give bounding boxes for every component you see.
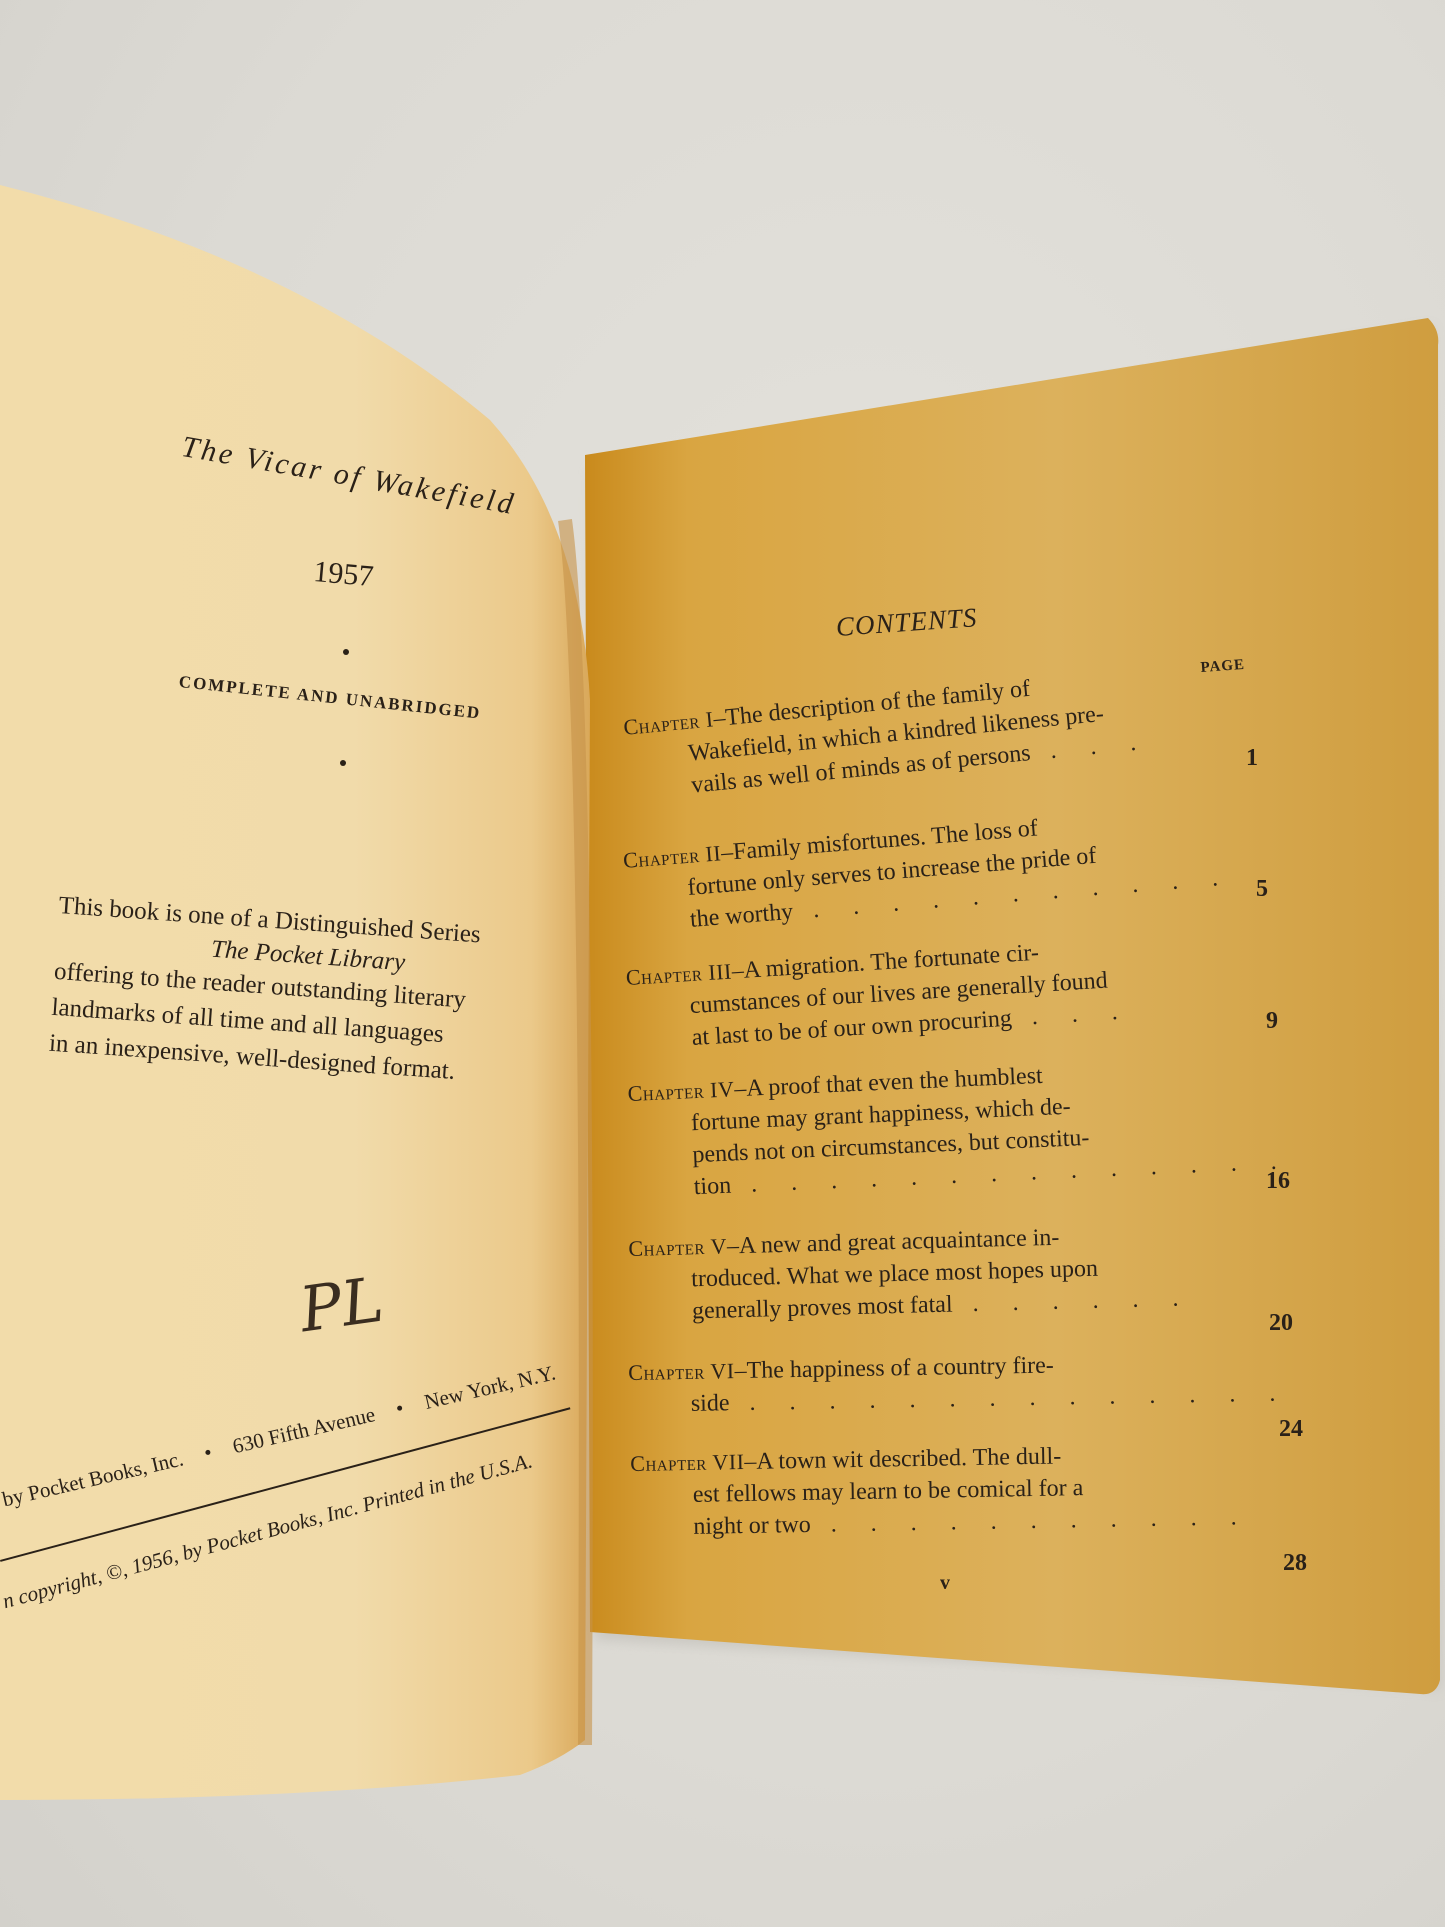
toc-page-number: 28 <box>1283 1550 1307 1577</box>
toc-entry: Chapter III–A migration. The fortunate c… <box>625 924 1250 1058</box>
toc-entry: Chapter V–A new and great acquaintance i… <box>628 1217 1250 1329</box>
toc-entry: Chapter II–Family misfortunes. The loss … <box>622 796 1248 940</box>
page-folio: v <box>940 1572 950 1595</box>
toc-entry: Chapter VI–The happiness of a country fi… <box>628 1346 1249 1421</box>
toc-page-number: 16 <box>1266 1168 1290 1195</box>
dot-leaders: . . . . . . . . . . . <box>810 1504 1250 1538</box>
toc-page-number: 1 <box>1246 745 1258 772</box>
chapter-label: Chapter III <box>625 959 732 990</box>
toc-page-number: 24 <box>1279 1416 1303 1443</box>
dot-leaders: . . . <box>1011 998 1132 1031</box>
chapter-label: Chapter VI <box>628 1358 735 1385</box>
contents-heading: CONTENTS <box>835 602 978 643</box>
toc-page-number: 9 <box>1266 1008 1278 1035</box>
toc-entry: Chapter VII–A town wit described. The du… <box>630 1437 1252 1544</box>
chapter-label: Chapter I <box>622 706 714 740</box>
dot-leaders: . . . . . . <box>952 1285 1193 1317</box>
right-page-text: CONTENTS PAGE Chapter I–The description … <box>0 0 1445 1927</box>
toc-page-number: 5 <box>1256 876 1268 903</box>
toc-page-number: 20 <box>1269 1310 1293 1337</box>
toc-entry: Chapter I–The description of the family … <box>622 653 1248 808</box>
dot-leaders: . . . . . . . . . . . . . . <box>729 1380 1289 1416</box>
toc-entry: Chapter IV–A proof that even the humbles… <box>627 1051 1252 1206</box>
chapter-label: Chapter II <box>622 840 722 873</box>
chapter-label: Chapter V <box>628 1233 727 1261</box>
chapter-label: Chapter IV <box>627 1076 735 1106</box>
chapter-label: Chapter VII <box>630 1449 745 1476</box>
